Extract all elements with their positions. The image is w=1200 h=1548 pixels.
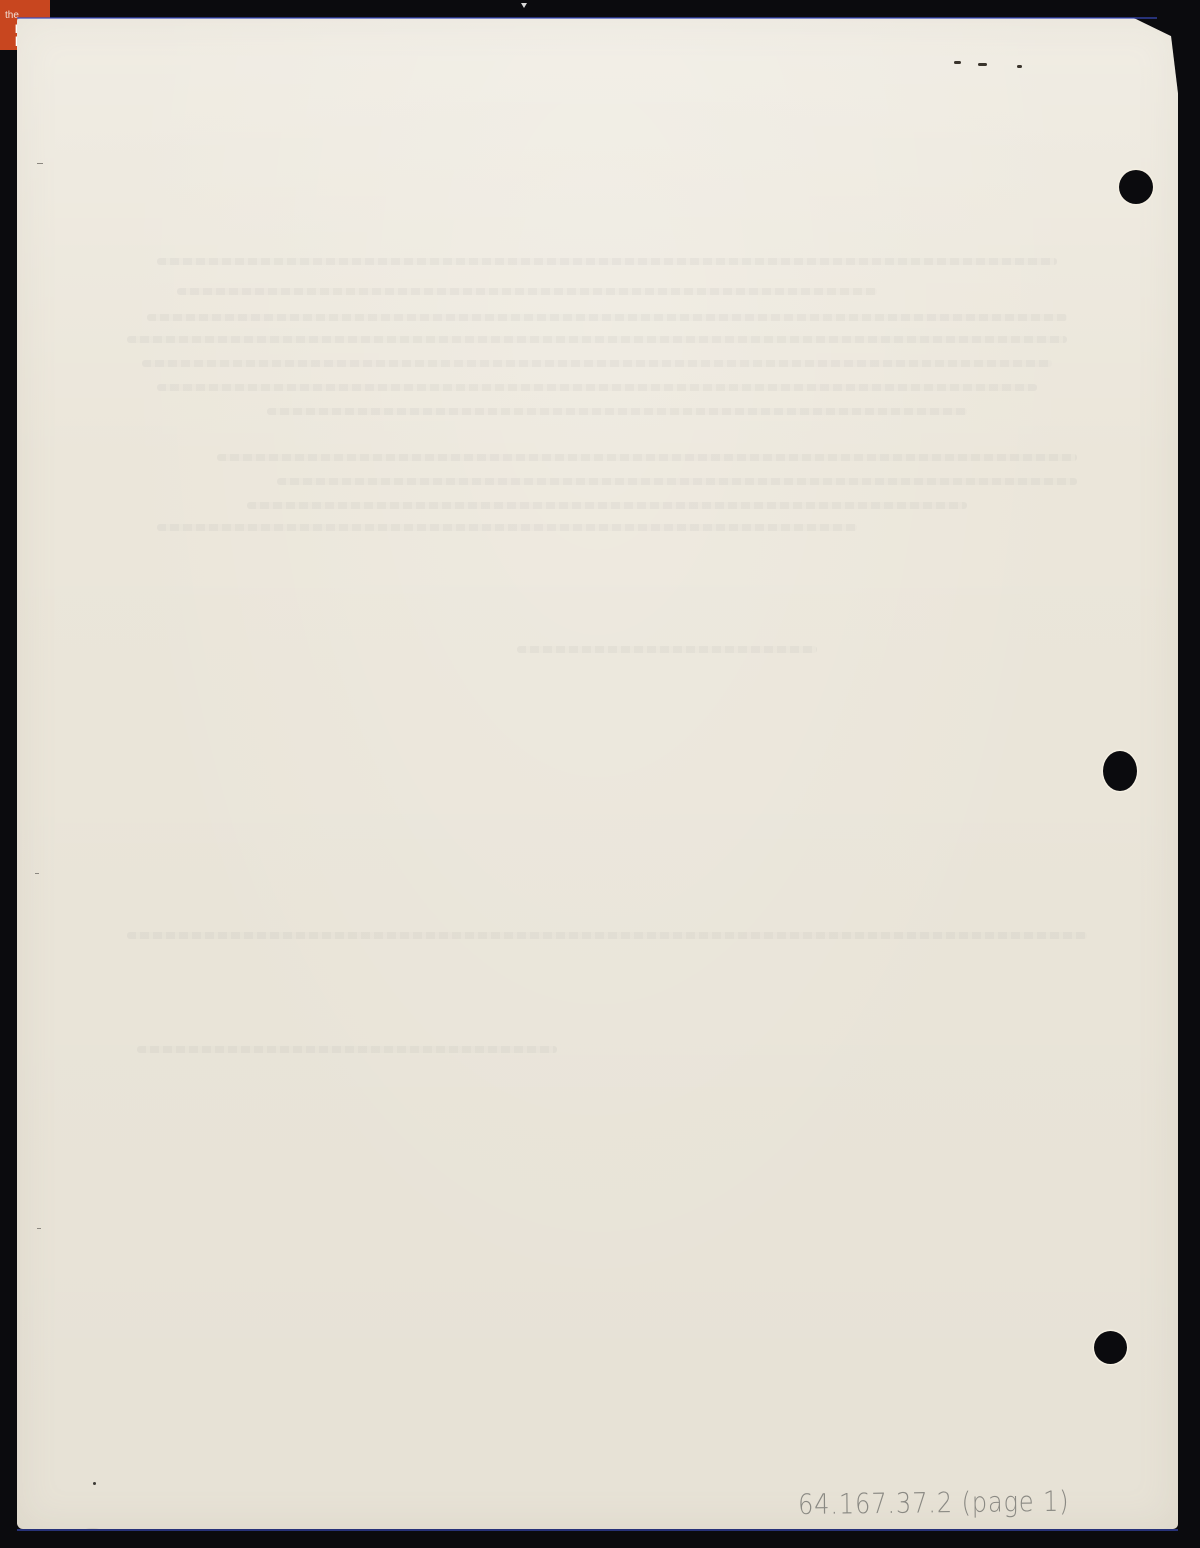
show-through-line — [517, 646, 817, 653]
show-through-line — [217, 454, 1077, 461]
page-top-edge — [17, 17, 1157, 19]
document-page — [17, 18, 1178, 1529]
show-through-line — [157, 524, 857, 531]
paper-speck — [93, 1482, 96, 1485]
show-through-line — [157, 258, 1057, 265]
punch-hole — [1103, 751, 1137, 791]
punch-hole — [1119, 170, 1153, 204]
punch-hole — [1094, 1331, 1127, 1364]
logo-the: the — [5, 11, 19, 21]
show-through-line — [247, 502, 967, 509]
edge-mark — [37, 163, 43, 164]
edge-mark — [35, 873, 39, 874]
staple-mark — [954, 61, 961, 64]
page-bottom-edge — [17, 1529, 1178, 1531]
edge-mark — [37, 1228, 41, 1229]
staple-mark — [1017, 65, 1022, 68]
staple-mark — [978, 63, 987, 66]
show-through-line — [157, 384, 1037, 391]
show-through-line — [147, 314, 1067, 321]
accession-number-annotation: 64.167.37.2 (page 1) — [798, 1485, 1070, 1521]
show-through-line — [277, 478, 1077, 485]
show-through-line — [127, 932, 1087, 939]
show-through-line — [142, 360, 1052, 367]
show-through-line — [127, 336, 1067, 343]
show-through-line — [137, 1046, 557, 1053]
top-marker-icon — [521, 3, 527, 8]
show-through-line — [177, 288, 877, 295]
show-through-line — [267, 408, 967, 415]
